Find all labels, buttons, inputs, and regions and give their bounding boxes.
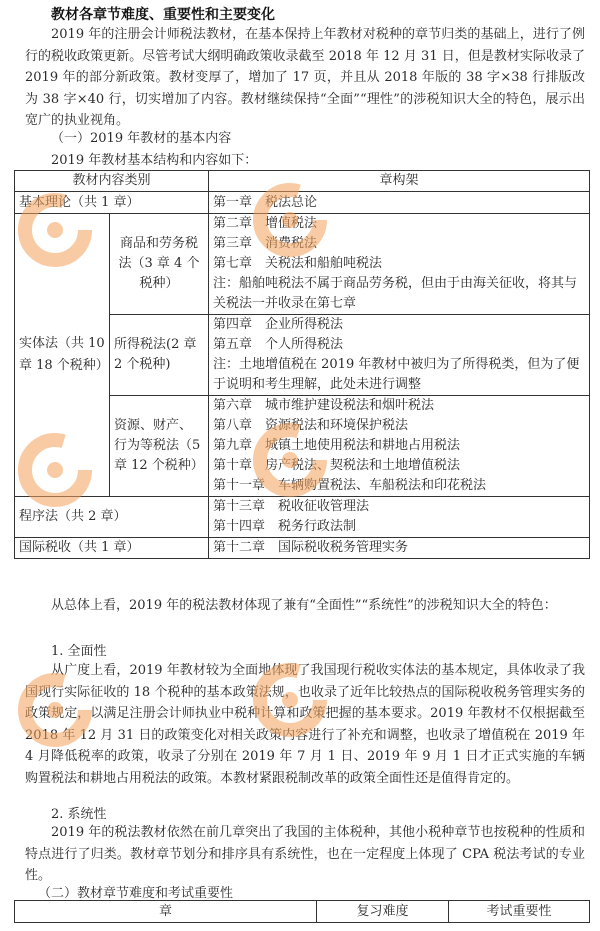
point1-body: 从广度上看，2019 年教材较为全面地体现了我国现行税收实体法的基本规定，具体收… — [25, 660, 585, 790]
point1-heading: 1. 全面性 — [51, 640, 107, 659]
header-category: 教材内容类别 — [15, 171, 209, 192]
row-procedural-law: 程序法（共 2 章） — [15, 497, 209, 538]
chapter-line: 第四章 企业所得税法 — [213, 315, 585, 335]
cell-chapter: 第一章 税法总论 — [209, 192, 590, 214]
page-title: 教材各章节难度、重要性和主要变化 — [51, 4, 275, 24]
header-chapters: 章构架 — [209, 171, 590, 192]
cell-chapter: 第十二章 国际税收税务管理实务 — [209, 538, 590, 559]
section1-heading: （一）2019 年教材的基本内容 — [51, 127, 231, 146]
group-chapters-list: 第六章 城市维护建设税法和烟叶税法 第八章 资源税法和环境保护税法 第九章 城镇… — [209, 396, 590, 497]
chapter-line: 第七章 关税法和船舶吨税法 — [213, 254, 585, 274]
row-international-tax: 国际税收（共 1 章） — [15, 538, 209, 559]
structure-table: 教材内容类别 章构架 基本理论（共 1 章） 第一章 税法总论 实体法（共 10… — [14, 170, 590, 559]
section2-heading: （二）教材章节难度和考试重要性 — [38, 882, 233, 901]
chapter-line: 第六章 城市维护建设税法和烟叶税法 — [213, 396, 585, 416]
header-importance: 考试重要性 — [449, 901, 590, 923]
chapter-line: 第二章 增值税法 — [213, 214, 585, 234]
chapter-line: 第十三章 税收征收管理法 — [213, 497, 585, 517]
chapter-line: 第五章 个人所得税法 — [213, 335, 585, 355]
chapter-line: 第八章 资源税法和环境保护税法 — [213, 416, 585, 436]
group-chapters-list: 第十三章 税收征收管理法 第十四章 税务行政法制 — [209, 497, 590, 538]
chapter-line: 第十四章 税务行政法制 — [213, 517, 585, 537]
difficulty-table: 章 复习难度 考试重要性 — [14, 900, 590, 923]
note-line: 注：土地增值税在 2019 年教材中被归为了所得税类，但为了便于说明和考生理解，… — [213, 355, 585, 395]
summary-paragraph: 从总体上看，2019 年的税法教材体现了兼有“全面性”“系统性”的涉税知识大全的… — [25, 595, 585, 617]
chapter-line: 第十一章 车辆购置税法、车船税法和印花税法 — [213, 476, 585, 496]
point2-heading: 2. 系统性 — [51, 803, 107, 822]
intro-paragraph: 2019 年的注册会计师税法教材，在基本保持上年教材对税种的章节归类的基础上，进… — [25, 24, 585, 132]
group-chapters-list: 第四章 企业所得税法 第五章 个人所得税法 注：土地增值税在 2019 年教材中… — [209, 315, 590, 396]
group-chapters-list: 第二章 增值税法 第三章 消费税法 第七章 关税法和船舶吨税法 注：船舶吨税法不… — [209, 214, 590, 315]
header-chapter: 章 — [15, 901, 317, 923]
group-resource-property: 资源、财产、行为等税法（5 章 12 个税种） — [110, 396, 209, 497]
chapter-line: 第三章 消费税法 — [213, 234, 585, 254]
point2-body: 2019 年的税法教材依然在前几章突出了我国的主体税种，其他小税种章节也按税种的… — [25, 822, 585, 887]
row-substantive-law: 实体法（共 10 章 18 个税种） — [15, 214, 110, 497]
chapter-line: 第九章 城镇土地使用税法和耕地占用税法 — [213, 436, 585, 456]
note-line: 注：船舶吨税法不属于商品劳务税，但由于由海关征收，将其与关税法一并收录在第七章 — [213, 274, 585, 314]
section1-lead: 2019 年教材基本结构和内容如下： — [51, 149, 257, 168]
header-difficulty: 复习难度 — [317, 901, 449, 923]
group-goods-services: 商品和劳务税法（3 章 4 个税种） — [110, 214, 209, 315]
group-income-tax: 所得税法(2 章 2 个税种) — [110, 315, 209, 396]
row-basic-theory: 基本理论（共 1 章） — [15, 192, 209, 214]
chapter-line: 第十章 房产税法、契税法和土地增值税法 — [213, 456, 585, 476]
